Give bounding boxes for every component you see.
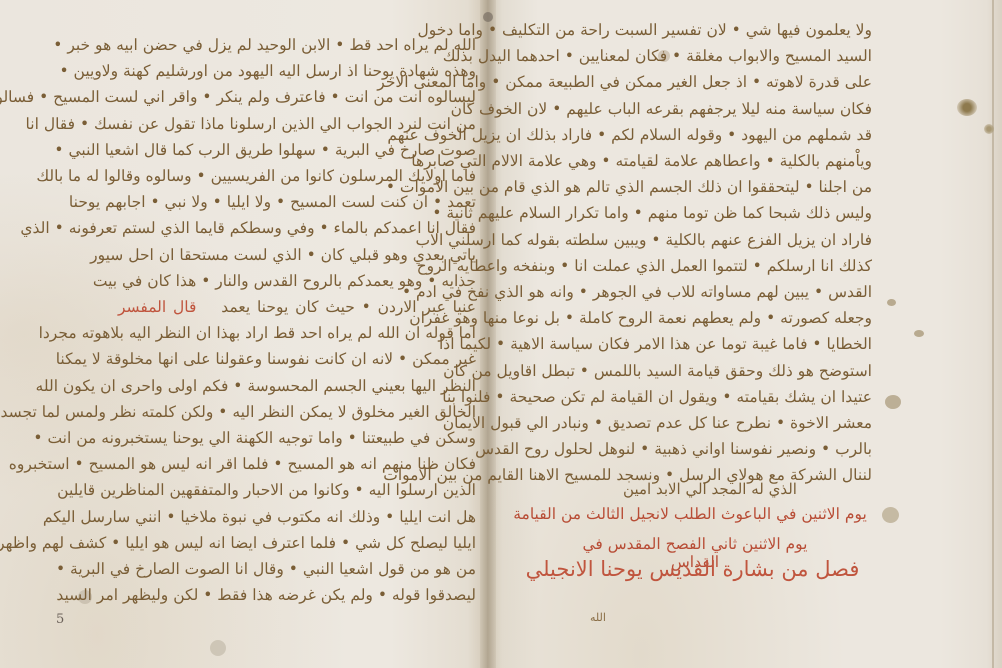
text-line: استوضح هو ذلك وحقق قيامة السيد باللمس • … xyxy=(520,358,872,384)
text-line: الخطايا • فاما غيبة توما عن هذا الامر فك… xyxy=(520,331,872,357)
text-line: من اجلنا • ليتحققوا ان ذلك الجسم الذي تا… xyxy=(520,174,872,200)
right-page-text: ولا يعلمون فيها شي • لان تفسير السبت راح… xyxy=(520,17,872,489)
text-line: السيد المسيح والابواب مغلقة • فكان لمعنا… xyxy=(520,43,872,69)
text-line: الخالق الغير مخلوق لا يمكن النظر اليه • … xyxy=(118,399,476,425)
ink-stain xyxy=(957,99,977,116)
text-line: النظر اليها بعيني الجسم المحسوسة • فكم ا… xyxy=(118,373,476,399)
text-line: بالرب • ونصير نفوسنا اواني ذهبية • لنوهل… xyxy=(520,436,872,462)
text-line: ايليا ليصلح كل شي • فلما اعترف ايضا انه … xyxy=(118,530,476,556)
manuscript-spread: الله لم يراه احد قط • الابن الوحيد لم يز… xyxy=(0,0,1002,668)
ink-stain xyxy=(882,507,899,523)
text-line: وياْمنهم بالكلية • واعطاهم علامة لقيامته… xyxy=(520,148,872,174)
ink-stain xyxy=(885,395,901,409)
text-line: وليس ذلك شبحا كما ظن توما منهم • واما تك… xyxy=(520,200,872,226)
text-line: وجعله كصورته • ولم يعطهم نعمة الروح كامل… xyxy=(520,305,872,331)
chapter-heading: فصل من بشارة القديس يوحنا الانجيلي xyxy=(515,557,870,581)
rubric-heading-1: يوم الاثنين في الباعوث الطلب لانجيل الثا… xyxy=(510,505,870,523)
text-line: قد شملهم من اليهود • وقوله السلام لكم • … xyxy=(520,122,872,148)
catchword: الله xyxy=(590,611,606,624)
page-edge xyxy=(992,0,994,668)
text-line: على قدرة لاهوته • اذ جعل الغير ممكن في ا… xyxy=(520,69,872,95)
doxology: الذي له المجد الي الابد امين xyxy=(560,480,860,498)
text-line: من هو من قول اشعيا النبي • وقال انا الصو… xyxy=(118,556,476,582)
text-line: فكان سياسة منه ليلا يرجفهم بقرعه الباب ع… xyxy=(520,96,872,122)
folio-number: 5 xyxy=(56,612,64,627)
ink-stain xyxy=(984,124,994,134)
text-line: هل انت ايليا • وذلك انه مكتوب في نبوة مل… xyxy=(118,504,476,530)
ink-stain xyxy=(887,299,896,306)
text-line: معشر الاخوة • نطرح عنا كل عدم تصديق • ون… xyxy=(520,410,872,436)
rubric-marker: قال المفسر xyxy=(118,298,196,316)
text-line: القدس • يبين لهم مساواته للاب في الجوهر … xyxy=(520,279,872,305)
text-line: ليصدقوا قوله • ولم يكن غرضه هذا فقط • لك… xyxy=(118,582,476,608)
ink-stain xyxy=(914,330,924,337)
text-line: فاراد ان يزيل الفزع عنهم بالكلية • ويبين… xyxy=(520,227,872,253)
text-line: كذلك انا ارسلكم • لتتموا العمل الذي عملت… xyxy=(520,253,872,279)
text-line: ولا يعلمون فيها شي • لان تفسير السبت راح… xyxy=(520,17,872,43)
text-line: وسكن في طبيعتنا • واما توجيه الكهنة الي … xyxy=(118,425,476,451)
text-line: غير ممكن • لانه ان كانت نفوسنا وعقولنا ع… xyxy=(118,346,476,372)
ink-stain xyxy=(210,640,226,656)
text-line: عتيدا ان يشك بقيامته • ويقول ان القيامة … xyxy=(520,384,872,410)
